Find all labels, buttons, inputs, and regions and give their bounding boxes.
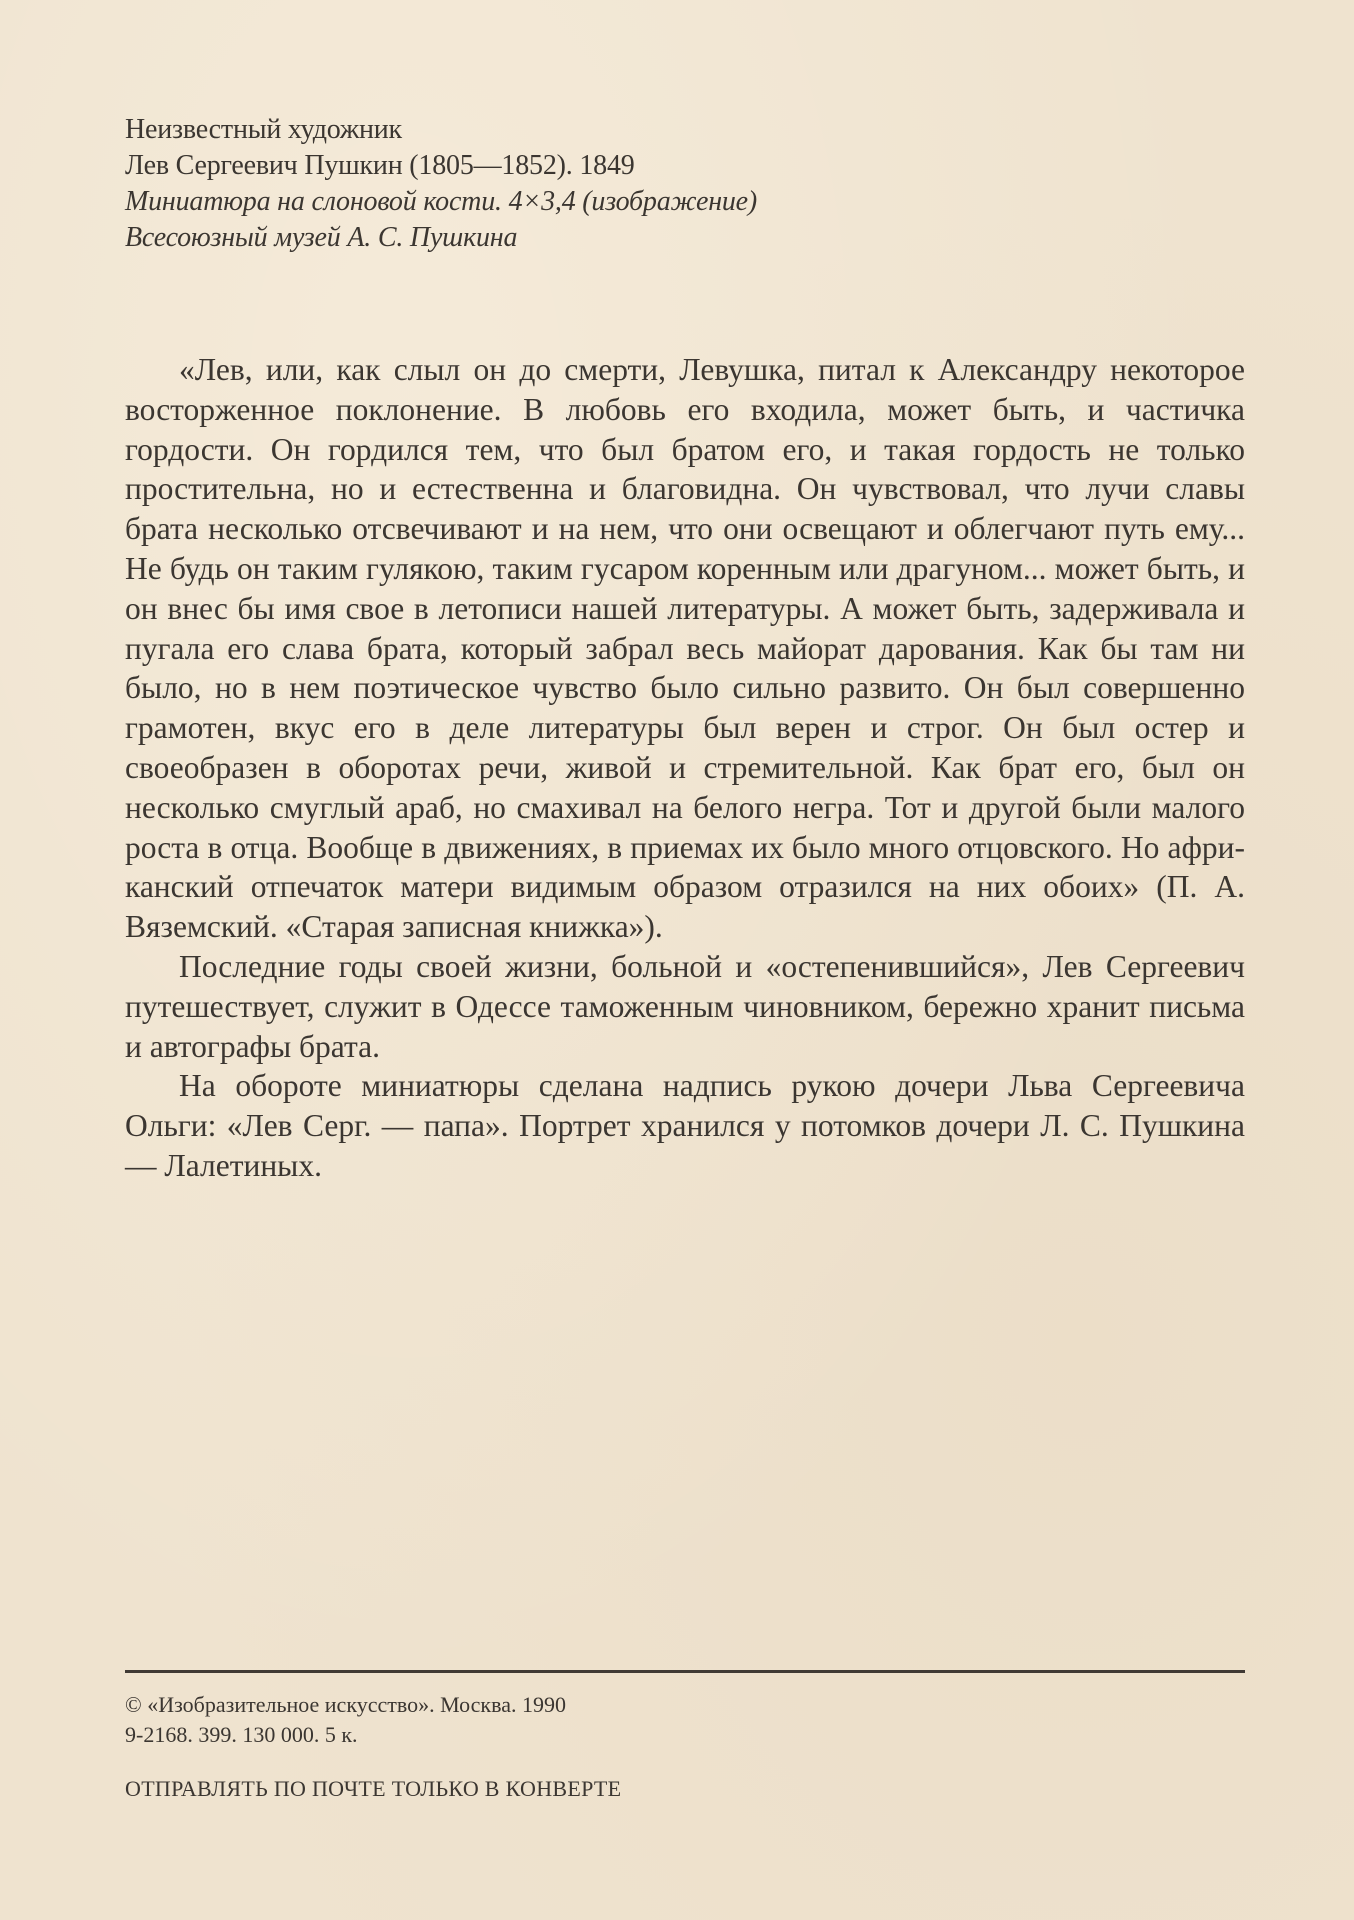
paragraph-last-years: Последние годы своей жизни, больной и «о… [125, 947, 1245, 1066]
divider-rule [125, 1670, 1245, 1673]
imprint: © «Изобразительное искусство». Москва. 1… [125, 1690, 566, 1750]
print-codes: 9-2168. 399. 130 000. 5 к. [125, 1720, 566, 1750]
publisher-line: © «Изобразительное искусство». Москва. 1… [125, 1690, 566, 1720]
artwork-medium: Миниатюра на слоновой кости. 4×3,4 (изоб… [125, 184, 1225, 220]
artwork-title: Лев Сергеевич Пушкин (1805—1852). 1849 [125, 148, 1225, 184]
postal-note: ОТПРАВЛЯТЬ ПО ПОЧТЕ ТОЛЬКО В КОНВЕРТЕ [125, 1774, 621, 1804]
paragraph-vyazemsky-quote: «Лев, или, как слыл он до смерти, Левушк… [125, 350, 1245, 947]
artist-name: Неизвестный художник [125, 112, 1225, 148]
artwork-caption: Неизвестный художник Лев Сергеевич Пушки… [125, 112, 1225, 256]
description-text: «Лев, или, как слыл он до смерти, Левушк… [125, 350, 1245, 1186]
paragraph-inscription: На обороте миниатюры сделана надпись рук… [125, 1066, 1245, 1185]
artwork-collection: Всесоюзный музей А. С. Пушкина [125, 220, 1225, 256]
